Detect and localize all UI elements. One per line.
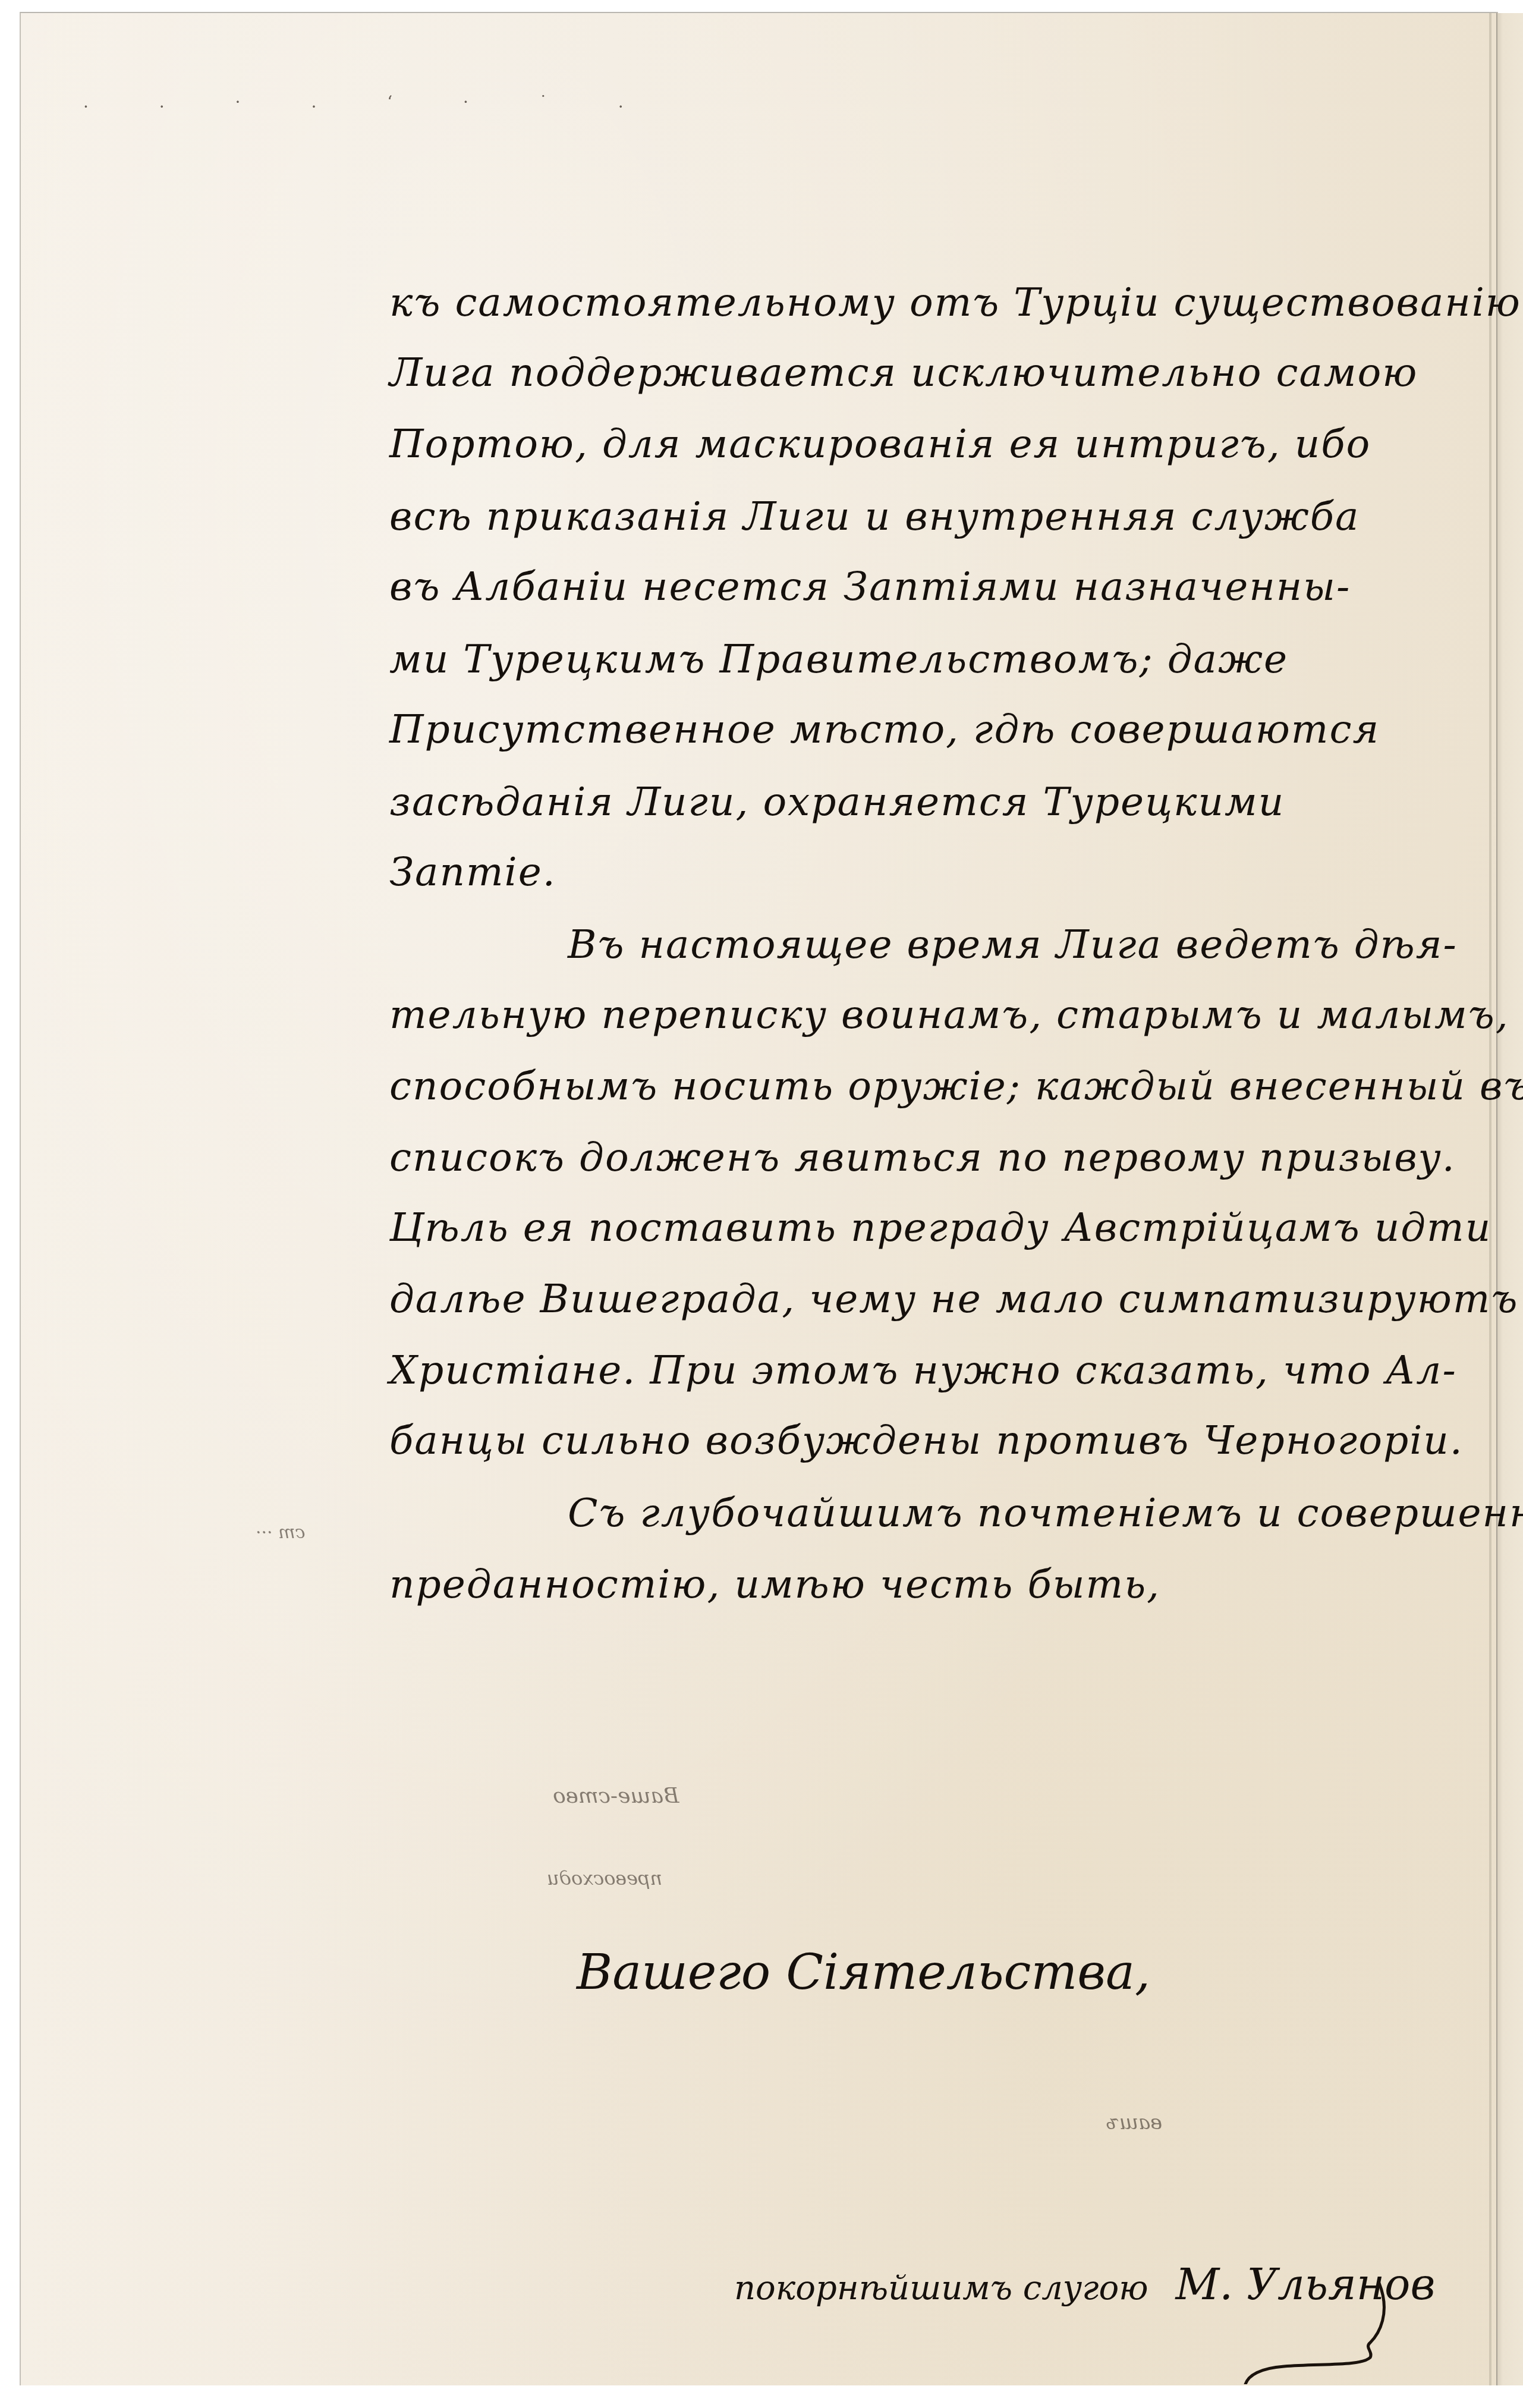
letter-line: списокъ долженъ явиться по первому призы… <box>389 1134 1456 1180</box>
top-ink-specks: . . · . ʻ · ˙ . <box>83 92 656 112</box>
letter-line: ми Турецкимъ Правительствомъ; даже <box>389 636 1288 682</box>
closing-formula-line: Съ глубочайшимъ почтеніемъ и совершенног… <box>568 1490 1523 1536</box>
mirrored-show-through-text: превосходи <box>547 1867 662 1890</box>
margin-offset-mark: ст ··· <box>256 1522 305 1543</box>
address-closing: Вашего Сіятельства, <box>577 1944 1150 2001</box>
letter-line: Лига поддерживается исключительно самою <box>389 350 1418 395</box>
closing-formula-line: преданностію, имѣю честь быть, <box>389 1561 1160 1607</box>
sheet-fold-line <box>1489 13 1491 2385</box>
letter-line: Портою, для маскированія ея интригъ, ибо <box>389 421 1371 467</box>
letter-line: къ самостоятельному отъ Турціи существов… <box>389 279 1523 325</box>
letter-line: всѣ приказанія Лиги и внутренняя служба <box>389 493 1360 539</box>
letter-line: Христіане. При этомъ нужно сказать, что … <box>389 1347 1457 1393</box>
letter-line: способнымъ носить оружіе; каждый внесенн… <box>389 1063 1523 1109</box>
letter-line: Присутственное мѣсто, гдѣ совершаются <box>389 706 1380 752</box>
servant-phrase: покорнѣйшимъ слугою <box>734 2269 1148 2308</box>
letter-line: засѣданія Лиги, охраняется Турецкими <box>389 779 1285 825</box>
signature-flourish-icon <box>1201 2277 1391 2384</box>
mirrored-show-through-text: Ваше-ство <box>553 1784 679 1808</box>
letter-line: тельную переписку воинамъ, старымъ и мал… <box>389 992 1509 1038</box>
letter-line: Заптіе. <box>389 849 556 895</box>
letter-line: Цѣль ея поставить преграду Австрійцамъ и… <box>389 1205 1491 1250</box>
mirrored-show-through-text: вашъ <box>1106 2111 1162 2134</box>
letter-line: далѣе Вишеграда, чему не мало симпатизир… <box>389 1276 1518 1322</box>
paragraph-start-line: Въ настоящее время Лига ведетъ дѣя- <box>568 922 1458 967</box>
letter-line: въ Албаніи несется Заптіями назначенны- <box>389 564 1351 609</box>
adjacent-sheet-edge <box>1496 13 1523 2385</box>
letter-line: банцы сильно возбуждены противъ Черногор… <box>389 1417 1464 1463</box>
